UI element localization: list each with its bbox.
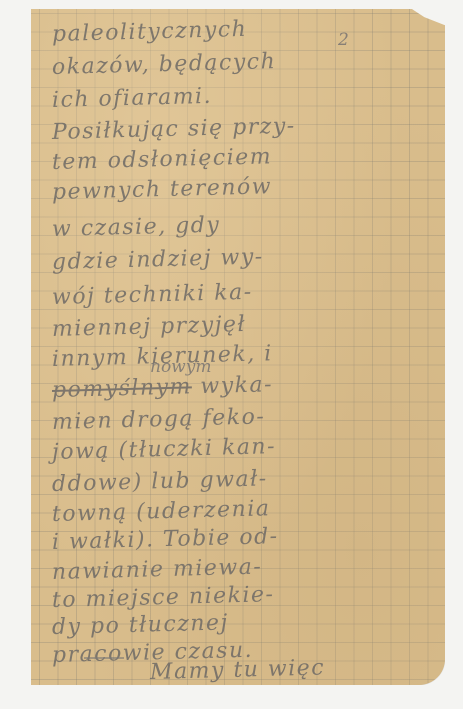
text-line-20: dy po tłucznej (52, 610, 229, 640)
struck-word: pomyślnym (52, 374, 193, 403)
text-line-9: wój techniki ka- (52, 280, 253, 310)
text-line-7: w czasie, gdy (52, 213, 221, 242)
text-line-3: ich ofiarami. (52, 84, 213, 113)
separator-dash (84, 657, 124, 659)
text-line-10: miennej przyjęł (52, 312, 247, 342)
line-12-rest: wyka- (200, 372, 273, 399)
text-line-1: paleolitycznych (52, 17, 248, 47)
text-line-22: Mamy tu więc (150, 655, 326, 685)
page-marker: 2 (338, 30, 349, 50)
